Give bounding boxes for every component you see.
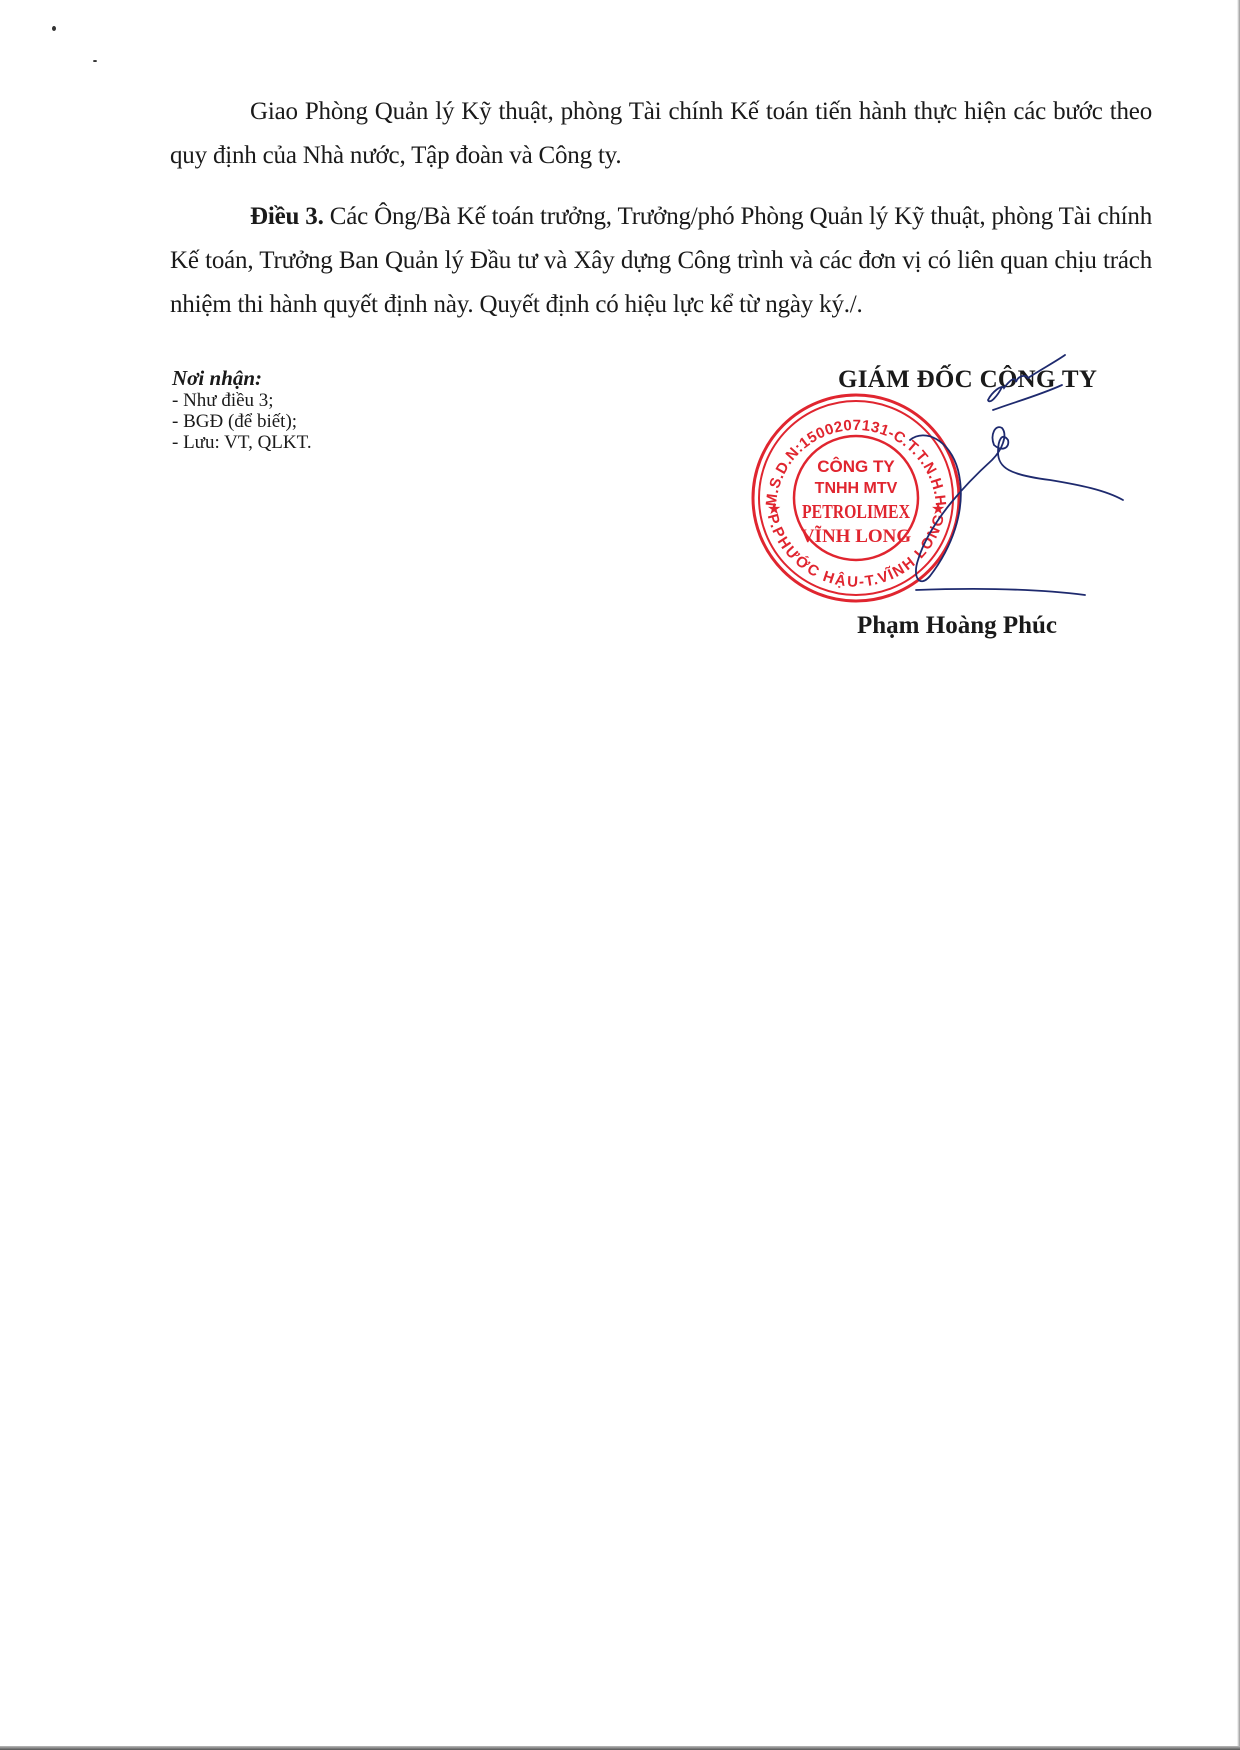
recipients-heading: Nơi nhận: bbox=[172, 366, 312, 390]
article-label: Điều 3. bbox=[250, 203, 324, 230]
paragraph-assignment-text: Giao Phòng Quản lý Kỹ thuật, phòng Tài c… bbox=[170, 90, 1152, 178]
stamp-line-1: CÔNG TY bbox=[817, 457, 895, 476]
stamp-line-2: TNHH MTV bbox=[815, 480, 898, 497]
paragraph-article-3: Điều 3. Các Ông/Bà Kế toán trưởng, Trưởn… bbox=[170, 195, 1152, 327]
signer-title: GIÁM ĐỐC CÔNG TY bbox=[838, 366, 1097, 394]
star-icon: ★ bbox=[931, 501, 945, 518]
scan-edge-bottom bbox=[0, 1746, 1240, 1750]
signature-block: GIÁM ĐỐC CÔNG TY M.S.D.N:1500207131-C.T.… bbox=[740, 340, 1200, 660]
recipient-item: - Như điều 3; bbox=[172, 390, 312, 411]
scan-speck bbox=[52, 26, 56, 31]
recipient-item: - Lưu: VT, QLKT. bbox=[172, 432, 312, 453]
paragraph-assignment: Giao Phòng Quản lý Kỹ thuật, phòng Tài c… bbox=[170, 90, 1152, 178]
star-icon: ★ bbox=[767, 501, 781, 518]
signer-name: Phạm Hoàng Phúc bbox=[857, 612, 1057, 640]
document-page: Giao Phòng Quản lý Kỹ thuật, phòng Tài c… bbox=[0, 0, 1240, 1750]
stamp-line-4: VĨNH LONG bbox=[801, 525, 912, 547]
scan-speck bbox=[93, 60, 97, 62]
recipients-block: Nơi nhận: - Như điều 3; - BGĐ (để biết);… bbox=[172, 366, 312, 453]
recipient-item: - BGĐ (để biết); bbox=[172, 411, 312, 432]
stamp-line-3: PETROLIMEX bbox=[802, 501, 910, 523]
company-seal-stamp: M.S.D.N:1500207131-C.T.T.N.H.H P.PHƯỚC H… bbox=[750, 392, 962, 604]
